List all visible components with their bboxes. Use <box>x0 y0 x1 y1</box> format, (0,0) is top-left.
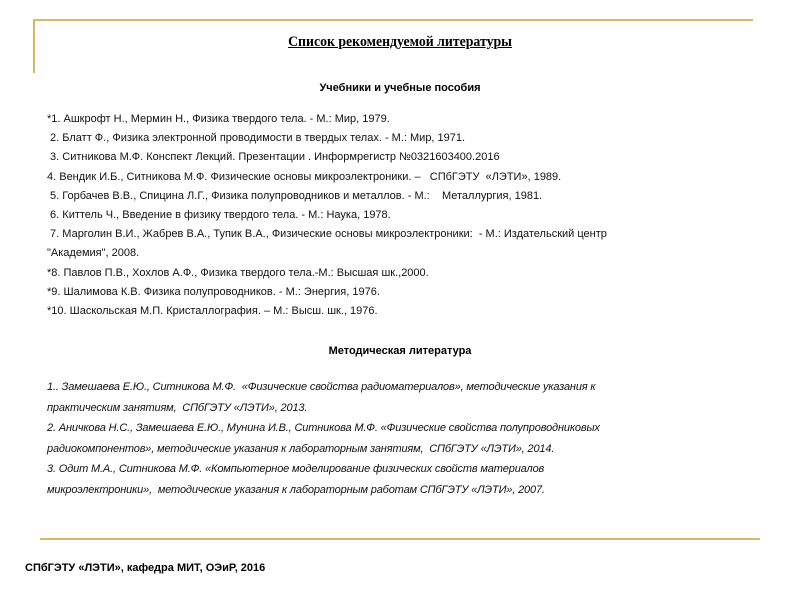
list-item: микроэлектроники», методические указания… <box>47 480 777 501</box>
list-item: 5. Горбачев В.В., Спицина Л.Г., Физика п… <box>47 187 777 206</box>
list-item: 3. Ситникова М.Ф. Конспект Лекций. Презе… <box>47 148 777 167</box>
list-item: *8. Павлов П.В., Хохлов А.Ф., Физика тве… <box>47 264 777 283</box>
methodical-list: 1.. Замешаева Е.Ю., Ситникова М.Ф. «Физи… <box>47 377 777 500</box>
list-item: "Академия", 2008. <box>47 244 777 263</box>
list-item: *9. Шалимова К.В. Физика полупроводников… <box>47 283 777 302</box>
list-item: *10. Шаскольская М.П. Кристаллография. –… <box>47 302 777 321</box>
list-item: 6. Киттель Ч., Введение в физику твердог… <box>47 206 777 225</box>
list-item: *1. Ашкрофт Н., Мермин Н., Физика твердо… <box>47 110 777 129</box>
list-item: 1.. Замешаева Е.Ю., Ситникова М.Ф. «Физи… <box>47 377 777 398</box>
top-accent-line <box>33 19 753 21</box>
list-item: радиокомпонентов», методические указания… <box>47 439 777 460</box>
list-item: 2. Блатт Ф., Физика электронной проводим… <box>47 129 777 148</box>
list-item: 3. Одит М.А., Ситникова М.Ф. «Компьютерн… <box>47 459 777 480</box>
bottom-accent-line <box>40 538 760 540</box>
list-item: 2. Аничкова Н.С., Замешаева Е.Ю., Мунина… <box>47 418 777 439</box>
slide-footer: СПбГЭТУ «ЛЭТИ», кафедра МИТ, ОЭиР, 2016 <box>25 562 265 574</box>
methodical-heading: Методическая литература <box>0 345 800 357</box>
list-item: 4. Вендик И.Б., Ситникова М.Ф. Физически… <box>47 168 777 187</box>
list-item: 7. Марголин В.И., Жабрев В.А., Тупик В.А… <box>47 225 777 244</box>
slide-title: Список рекомендуемой литературы <box>32 34 768 51</box>
textbooks-list: *1. Ашкрофт Н., Мермин Н., Физика твердо… <box>47 110 777 321</box>
list-item: практическим занятиям, СПбГЭТУ «ЛЭТИ», 2… <box>47 398 777 419</box>
textbooks-heading: Учебники и учебные пособия <box>0 82 800 94</box>
